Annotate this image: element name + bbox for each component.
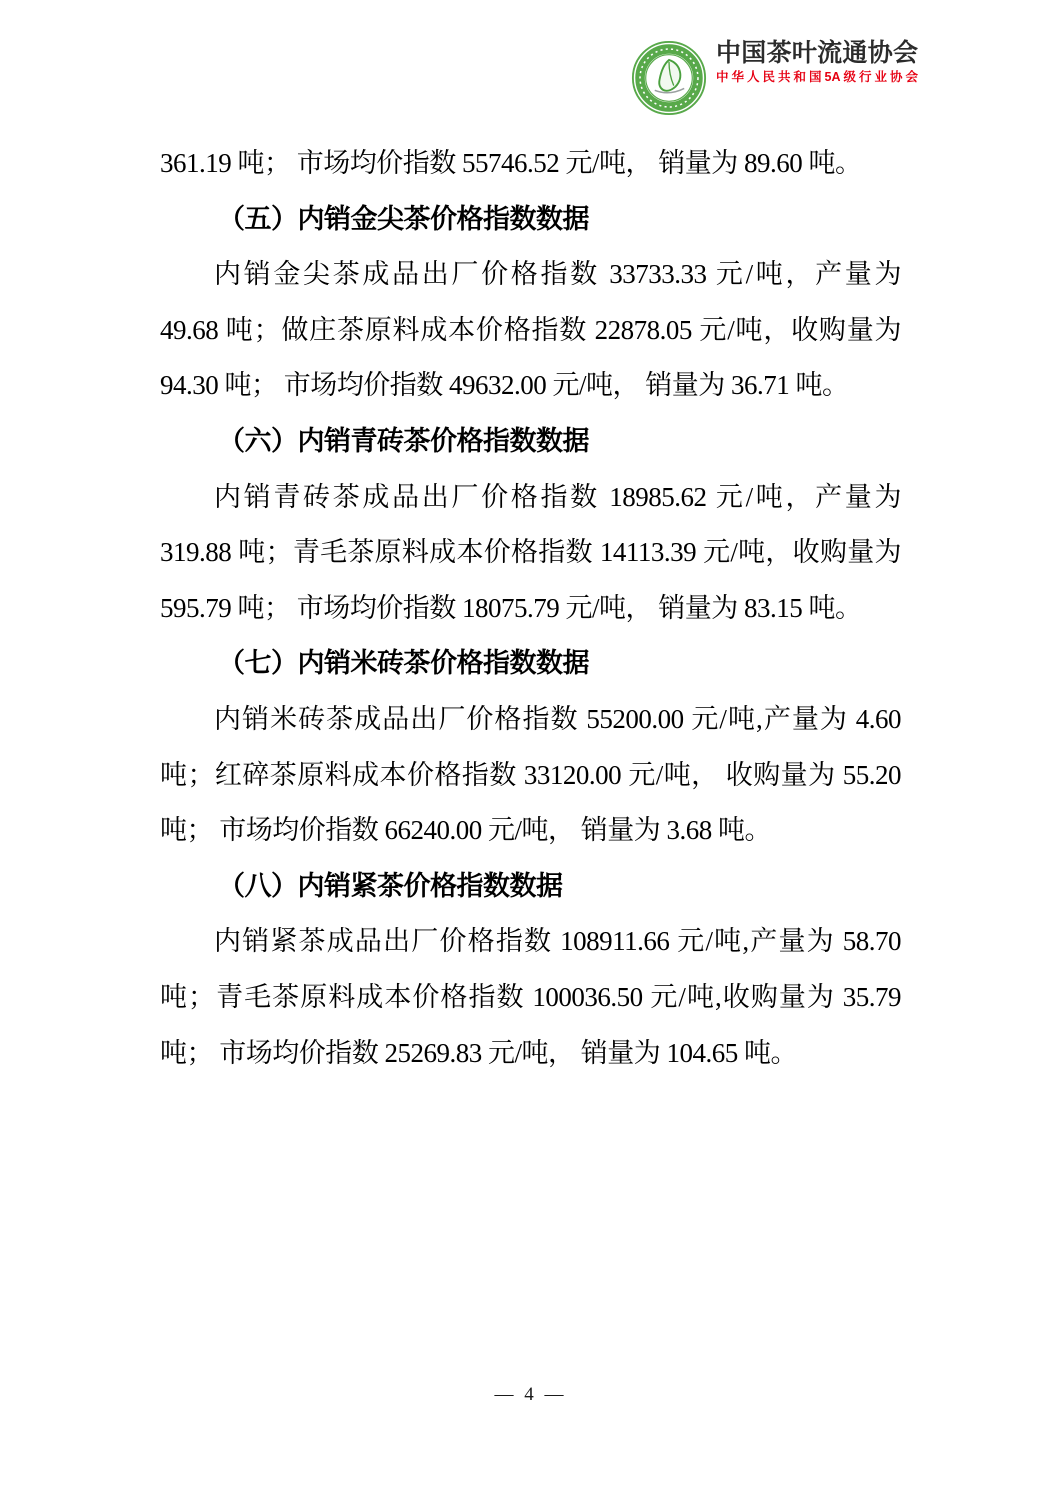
paragraph-line: 319.88 吨；青毛茶原料成本价格指数 14113.39 元/吨，收购量为 xyxy=(160,525,901,581)
section-heading-8: （八）内销紧茶价格指数数据 xyxy=(160,859,901,915)
paragraph-line: 内销紧茶成品出厂价格指数 108911.66 元/吨,产量为 58.70 xyxy=(160,914,901,970)
paragraph-line: 吨；青毛茶原料成本价格指数 100036.50 元/吨,收购量为 35.79 xyxy=(160,970,901,1026)
paragraph-line: 49.68 吨；做庄茶原料成本价格指数 22878.05 元/吨，收购量为 xyxy=(160,303,901,359)
page-footer: — 4 — xyxy=(0,1384,1061,1406)
paragraph-line: 吨；红碎茶原料成本价格指数 33120.00 元/吨， 收购量为 55.20 xyxy=(160,748,901,804)
org-text-block: 中国茶叶流通协会 中华人民共和国5A级行业协会 xyxy=(716,41,918,84)
section-heading-5: （五）内销金尖茶价格指数数据 xyxy=(160,192,901,248)
paragraph-line: 内销青砖茶成品出厂价格指数 18985.62 元/吨，产量为 xyxy=(160,470,901,526)
section-heading-6: （六）内销青砖茶价格指数数据 xyxy=(160,414,901,470)
section-heading-7: （七）内销米砖茶价格指数数据 xyxy=(160,636,901,692)
association-logo-icon xyxy=(631,40,707,116)
paragraph-line: 内销金尖茶成品出厂价格指数 33733.33 元/吨，产量为 xyxy=(160,247,901,303)
paragraph-line: 吨； 市场均价指数 25269.83 元/吨， 销量为 104.65 吨。 xyxy=(160,1026,901,1082)
org-subtitle: 中华人民共和国5A级行业协会 xyxy=(716,70,918,84)
org-name: 中国茶叶流通协会 xyxy=(716,41,918,67)
page-number: — 4 — xyxy=(495,1384,567,1405)
paragraph-line: 595.79 吨； 市场均价指数 18075.79 元/吨， 销量为 83.15… xyxy=(160,581,901,637)
document-page: 中国茶叶流通协会 中华人民共和国5A级行业协会 361.19 吨； 市场均价指数… xyxy=(0,0,1061,1500)
paragraph-continuation-line: 361.19 吨； 市场均价指数 55746.52 元/吨， 销量为 89.60… xyxy=(160,136,901,192)
paragraph-line: 吨； 市场均价指数 66240.00 元/吨， 销量为 3.68 吨。 xyxy=(160,803,901,859)
letterhead: 中国茶叶流通协会 中华人民共和国5A级行业协会 xyxy=(631,38,918,116)
document-body: 361.19 吨； 市场均价指数 55746.52 元/吨， 销量为 89.60… xyxy=(160,136,901,1081)
paragraph-line: 内销米砖茶成品出厂价格指数 55200.00 元/吨,产量为 4.60 xyxy=(160,692,901,748)
paragraph-line: 94.30 吨； 市场均价指数 49632.00 元/吨， 销量为 36.71 … xyxy=(160,358,901,414)
